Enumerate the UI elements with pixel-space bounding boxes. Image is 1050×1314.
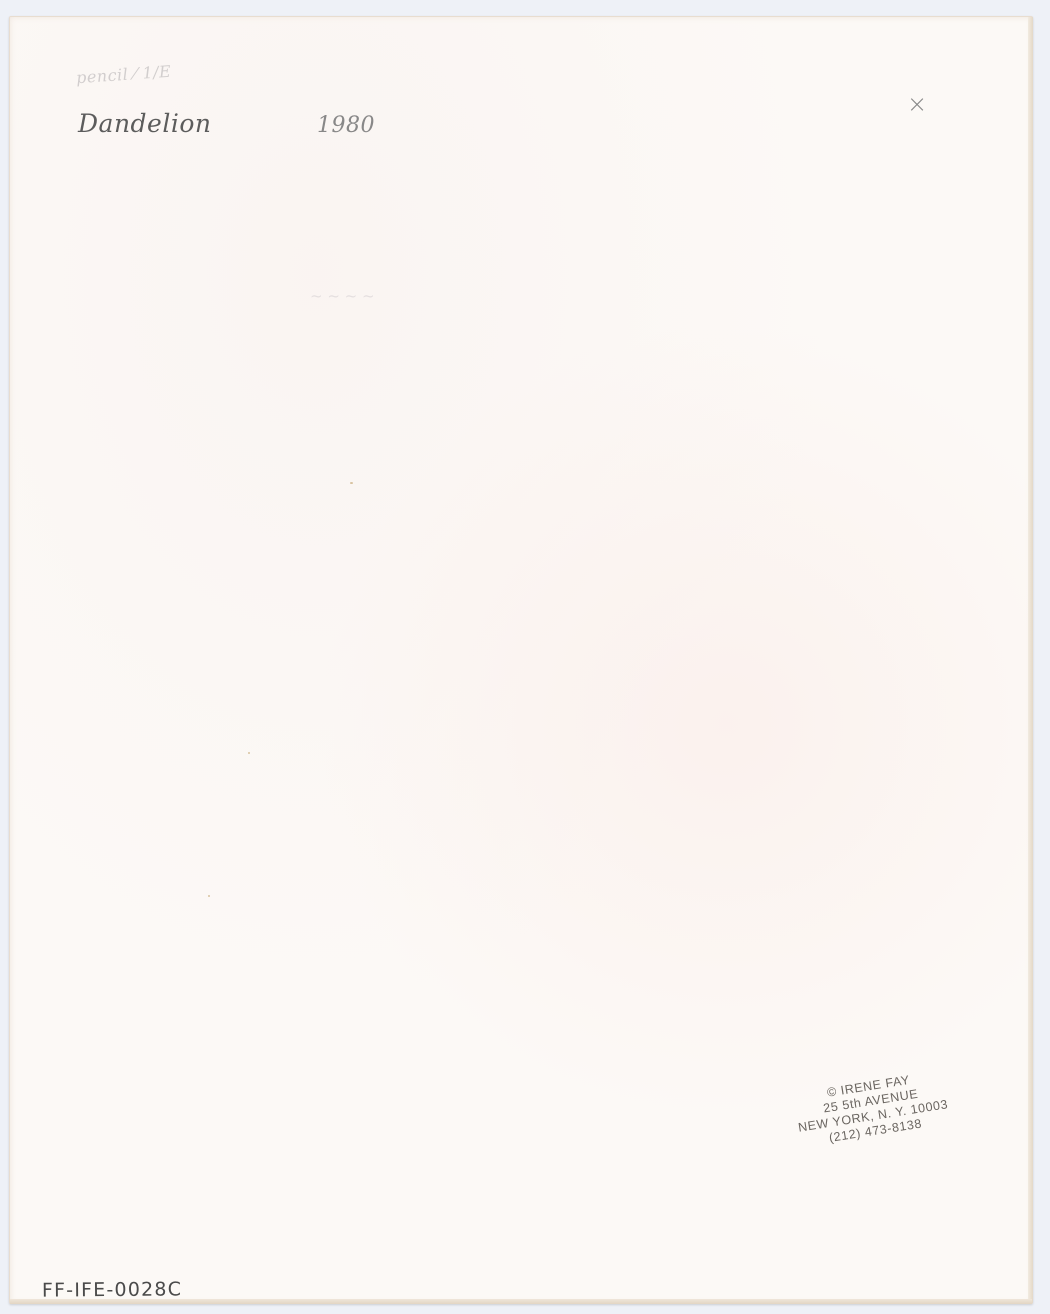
x-mark-icon: × [907,90,927,118]
paper-speck [350,482,353,484]
card-edge-right [1028,17,1033,1303]
paper-speck [248,752,250,754]
faint-pencil-note: pencil ⁄ 1/E [75,62,171,88]
title-annotation: Dandelion [78,109,212,138]
catalog-number: FF-IFE-0028C [42,1278,182,1301]
paper-speck [208,895,210,897]
erased-note: ~ ~ ~ ~ [310,287,375,305]
photo-back-card: pencil ⁄ 1/E Dandelion 1980 × ~ ~ ~ ~ © … [9,16,1033,1304]
year-annotation: 1980 [317,113,375,138]
artist-stamp: © IRENE FAY 25 5th AVENUE NEW YORK, N. Y… [769,1064,976,1155]
